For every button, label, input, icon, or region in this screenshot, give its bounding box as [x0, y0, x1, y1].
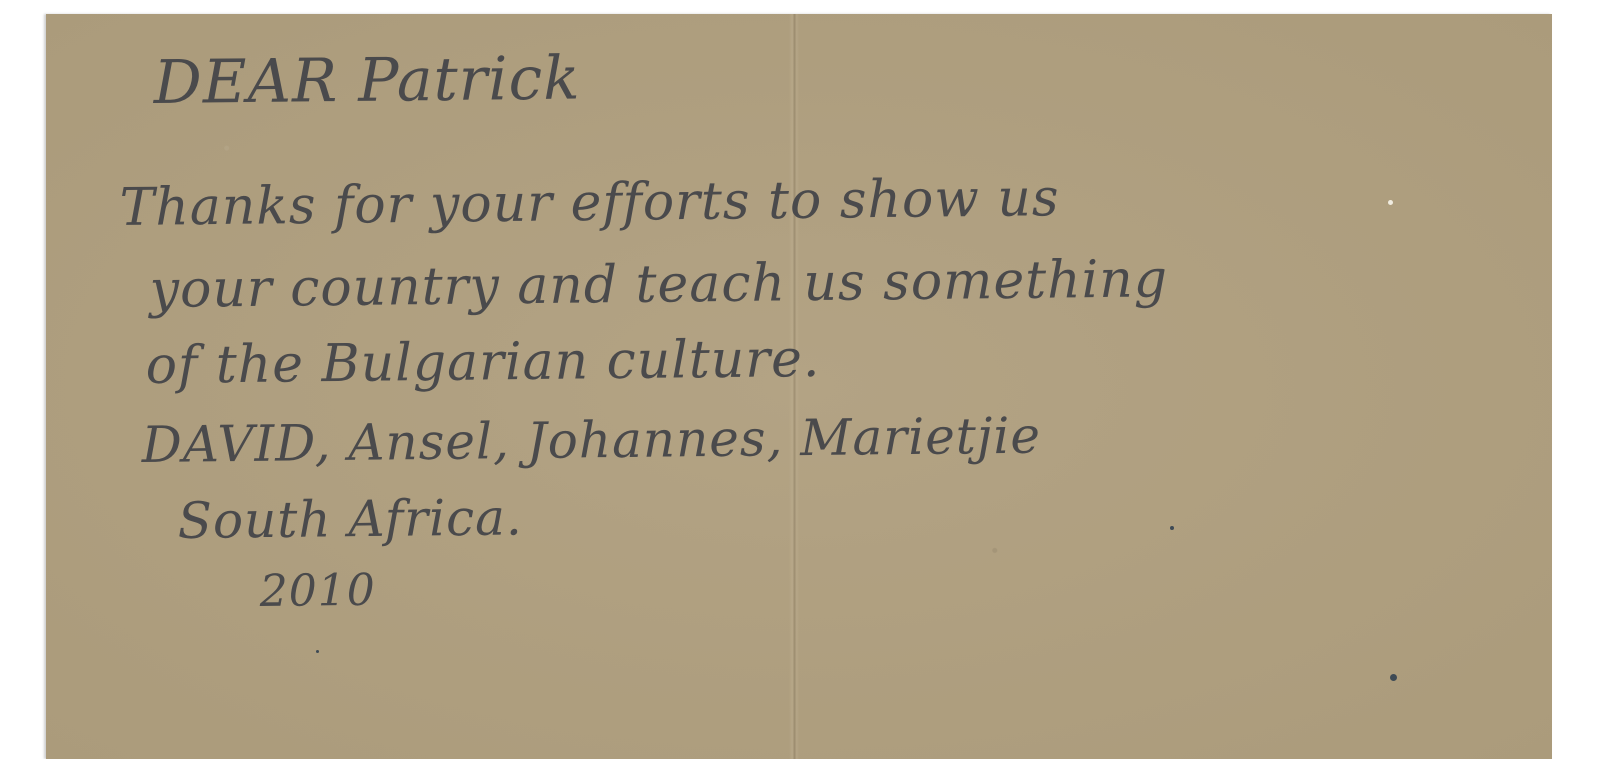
paper-speck — [1170, 526, 1174, 530]
note-signature-names: DAVID, Ansel, Johannes, Marietjie — [141, 407, 1041, 474]
paper-speck — [1390, 674, 1397, 681]
paper-speck — [316, 650, 319, 653]
note-greeting: DEAR Patrick — [153, 44, 581, 118]
note-year: 2010 — [259, 565, 376, 617]
note-body-line-2: your country and teach us something — [149, 249, 1168, 320]
note-body-line-1: Thanks for your efforts to show us — [119, 168, 1059, 238]
note-signature-place: South Africa. — [177, 488, 523, 550]
paper-speck — [1388, 200, 1393, 205]
handwritten-note-card: DEAR Patrick Thanks for your efforts to … — [46, 14, 1552, 759]
note-body-line-3: of the Bulgarian culture. — [145, 329, 820, 396]
